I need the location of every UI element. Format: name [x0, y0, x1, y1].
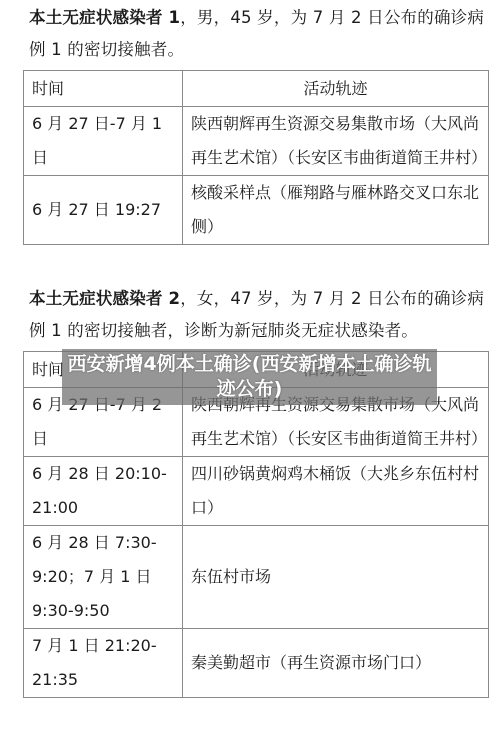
article-title-overlay: 西安新增4例本土确诊(西安新增本土确诊轨迹公布) [62, 349, 437, 405]
header-time: 时间 [24, 71, 183, 107]
case-2-description: 本土无症状感染者 2，女，47 岁，为 7 月 2 日公布的确诊病例 1 的密切… [29, 283, 489, 347]
cell-track: 东伍村市场 [183, 526, 489, 629]
case-1-trace-table: 时间 活动轨迹 6 月 27 日-7 月 1 日 陕西朝辉再生资源交易集散市场（… [23, 70, 489, 245]
table-header-row: 时间 活动轨迹 [24, 71, 489, 107]
cell-time: 6 月 28 日 7:30-9:20；7 月 1 日 9:30-9:50 [24, 526, 183, 629]
cell-track: 秦美勤超市（再生资源市场门口） [183, 629, 489, 698]
cell-time: 6 月 27 日 19:27 [24, 176, 183, 245]
case-1-description: 本土无症状感染者 1，男，45 岁，为 7 月 2 日公布的确诊病例 1 的密切… [29, 2, 489, 66]
case-1-label: 本土无症状感染者 1 [29, 8, 180, 27]
case-2-label: 本土无症状感染者 2 [29, 289, 180, 308]
table-row: 7 月 1 日 21:20-21:35 秦美勤超市（再生资源市场门口） [24, 629, 489, 698]
cell-track: 四川砂锅黄焖鸡木桶饭（大兆乡东伍村村口） [183, 457, 489, 526]
header-track: 活动轨迹 [183, 71, 489, 107]
table-row: 6 月 27 日-7 月 1 日 陕西朝辉再生资源交易集散市场（大风尚再生艺术馆… [24, 107, 489, 176]
cell-track: 核酸采样点（雁翔路与雁林路交叉口东北侧） [183, 176, 489, 245]
table-row: 6 月 28 日 20:10-21:00 四川砂锅黄焖鸡木桶饭（大兆乡东伍村村口… [24, 457, 489, 526]
table-row: 6 月 27 日 19:27 核酸采样点（雁翔路与雁林路交叉口东北侧） [24, 176, 489, 245]
cell-time: 6 月 27 日-7 月 1 日 [24, 107, 183, 176]
table-row: 6 月 28 日 7:30-9:20；7 月 1 日 9:30-9:50 东伍村… [24, 526, 489, 629]
cell-time: 6 月 28 日 20:10-21:00 [24, 457, 183, 526]
cell-time: 7 月 1 日 21:20-21:35 [24, 629, 183, 698]
cell-track: 陕西朝辉再生资源交易集散市场（大风尚再生艺术馆）（长安区韦曲街道简王井村） [183, 107, 489, 176]
